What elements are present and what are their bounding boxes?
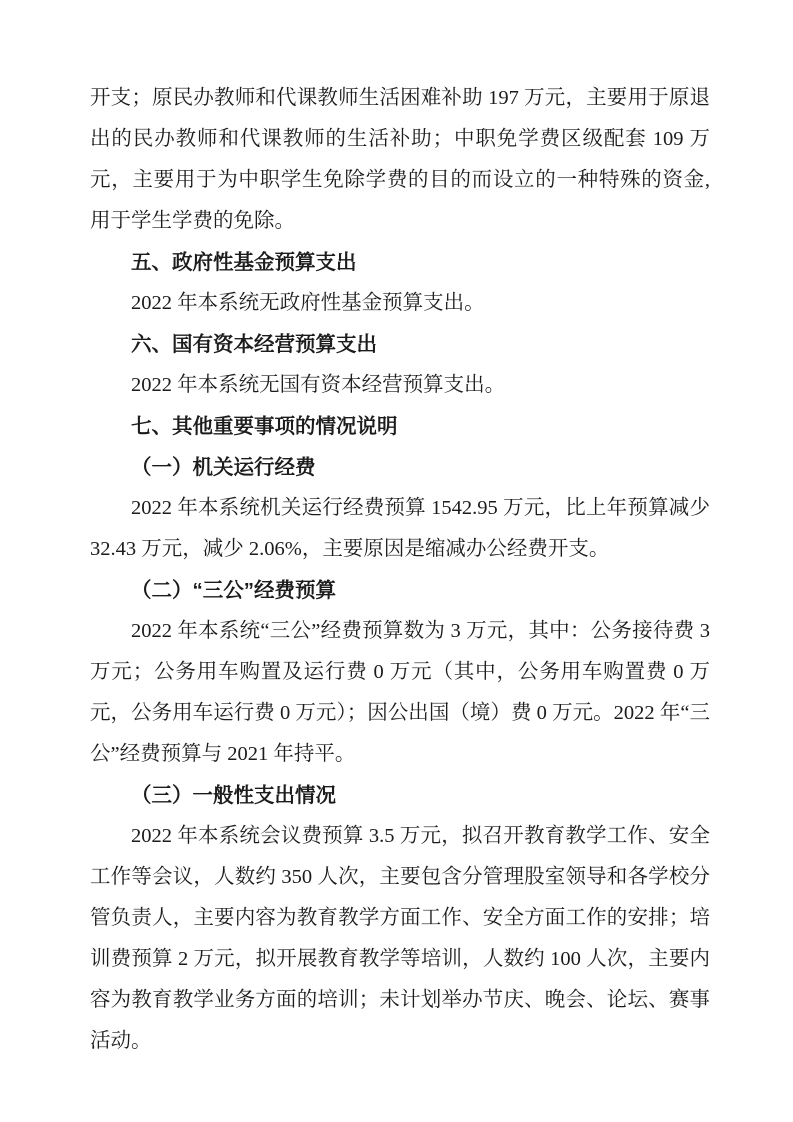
document-body: 开支；原民办教师和代课教师生活困难补助 197 万元，主要用于原退出的民办教师和… [90, 78, 710, 1062]
paragraph-state-capital-budget: 2022 年本系统无国有资本经营预算支出。 [90, 365, 710, 406]
document-page: 开支；原民办教师和代课教师生活困难补助 197 万元，主要用于原退出的民办教师和… [0, 0, 793, 1122]
heading-state-capital-budget: 六、国有资本经营预算支出 [90, 324, 710, 365]
paragraph-general-expenditure: 2022 年本系统会议费预算 3.5 万元，拟召开教育教学工作、安全工作等会议，… [90, 816, 710, 1062]
heading-general-expenditure: （三）一般性支出情况 [90, 775, 710, 816]
paragraph-agency-operating-expenses: 2022 年本系统机关运行经费预算 1542.95 万元，比上年预算减少 32.… [90, 488, 710, 570]
heading-gov-fund-budget: 五、政府性基金预算支出 [90, 242, 710, 283]
paragraph-three-public-expenses: 2022 年本系统“三公”经费预算数为 3 万元，其中：公务接待费 3 万元；公… [90, 611, 710, 775]
heading-agency-operating-expenses: （一）机关运行经费 [90, 447, 710, 488]
heading-other-important-items: 七、其他重要事项的情况说明 [90, 406, 710, 447]
paragraph-gov-fund-budget: 2022 年本系统无政府性基金预算支出。 [90, 283, 710, 324]
paragraph-continued-subsidies: 开支；原民办教师和代课教师生活困难补助 197 万元，主要用于原退出的民办教师和… [90, 78, 710, 242]
heading-three-public-expenses: （二）“三公”经费预算 [90, 570, 710, 611]
